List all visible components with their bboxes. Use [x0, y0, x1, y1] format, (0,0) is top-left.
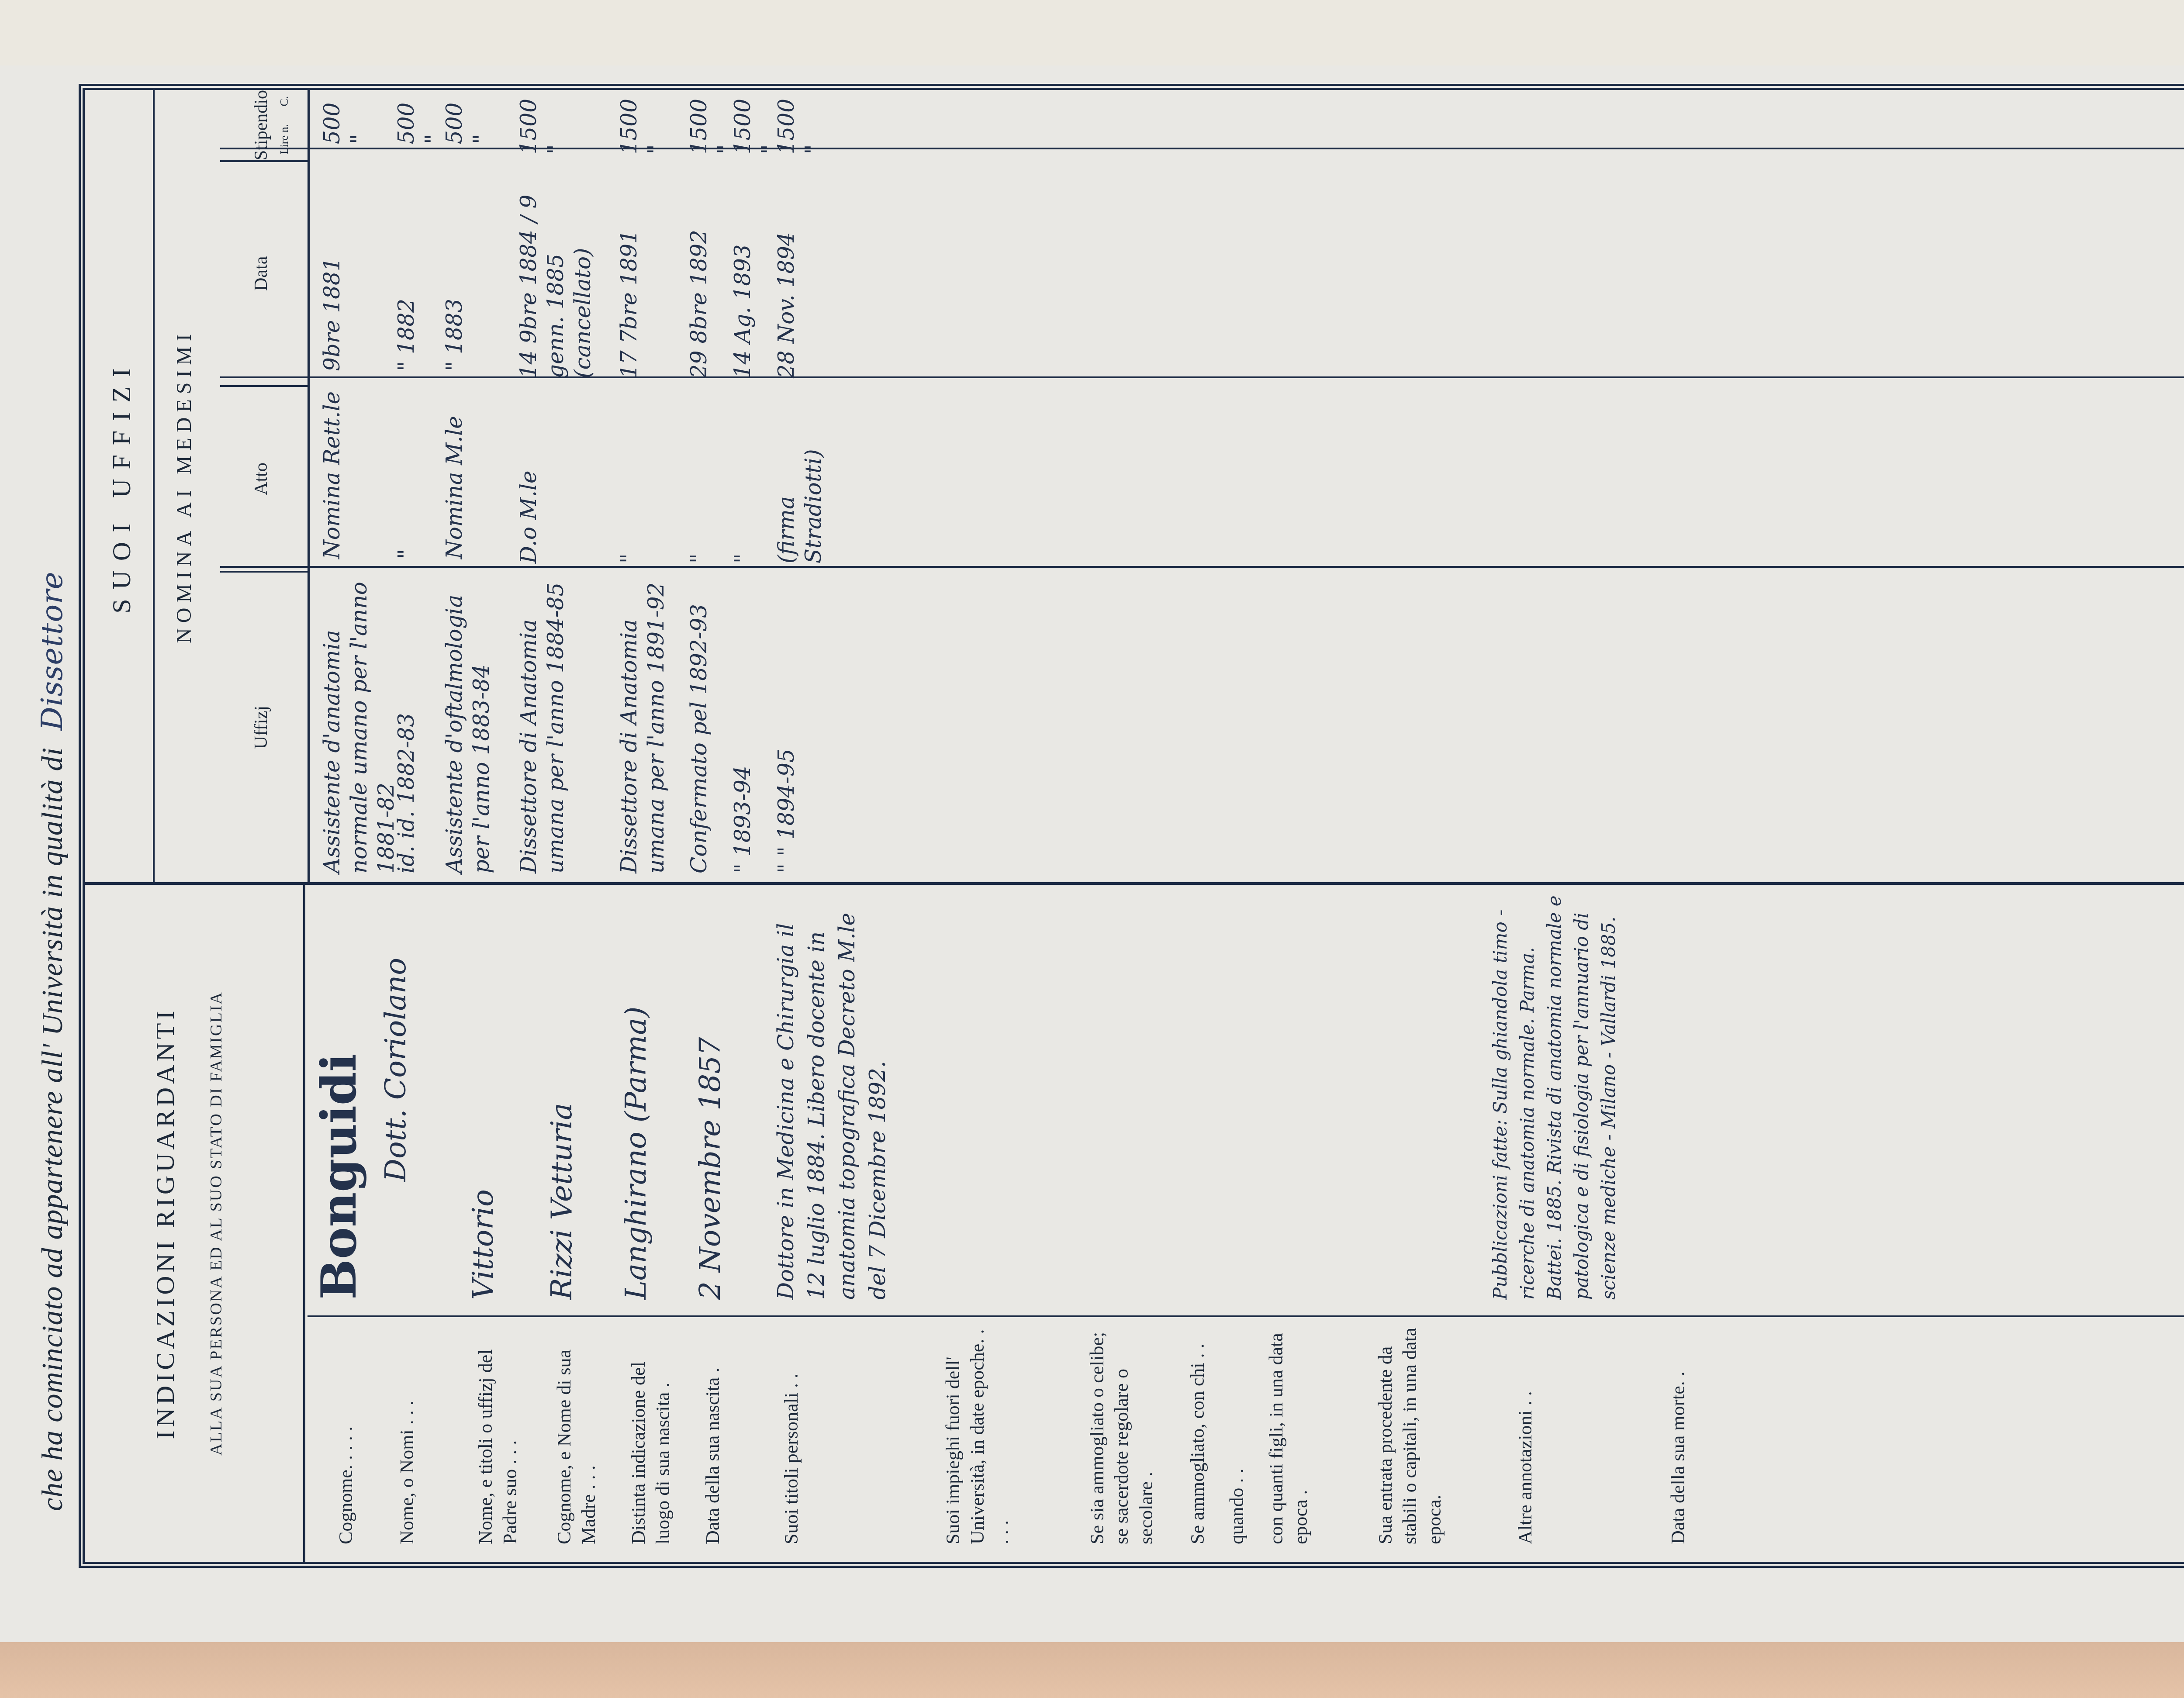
offices-rows: Assistente d'anatomia normale umano per … [310, 90, 2184, 882]
field-values: Bonguidi Dott. Coriolano Vittorio Rizzi … [308, 889, 2184, 1313]
value-data-nascita: 2 Novembre 1857 [692, 894, 729, 1300]
label-entrata: Sua entrata procedente da stabili o capi… [1373, 1326, 1447, 1544]
cell-uffizj: id. id. 1882-83 [393, 568, 447, 882]
cell-atto: Nomina Rett.le [318, 380, 400, 568]
label-con-chi: Se ammogliato, con chi . . [1185, 1326, 1210, 1544]
label-data-nascita: Data della sua nascita . [701, 1326, 725, 1544]
cell-stipendio: 1500 " [615, 90, 670, 163]
cell-stipendio: 1500 " [515, 90, 596, 163]
cell-uffizj: Dissettore di Anatomia umana per l'anno … [515, 572, 596, 882]
cell-data: 9bre 1881 [318, 153, 400, 380]
cell-atto: " [615, 387, 670, 572]
col-uffizj: Uffizj [220, 571, 308, 882]
cell-data: 28 Nov. 1894 [773, 163, 827, 387]
table-row: Assistente d'oftalmologia per l'anno 188… [441, 90, 495, 882]
label-cognome: Cognome. . . . . [334, 1326, 358, 1544]
value-nome: Dott. Coriolano [377, 894, 414, 1182]
offices-title: SUOI UFFIZI [85, 90, 155, 882]
cell-uffizj: Assistente d'anatomia normale umano per … [318, 568, 400, 882]
value-madre: Rizzi Vetturia [543, 894, 580, 1300]
cell-atto: (firma Stradiotti) [773, 387, 827, 572]
register-frame: INDICAZIONI RIGUARDANTI ALLA SUA PERSONA… [79, 84, 2184, 1568]
label-figli: con quanti figli, in una data epoca . [1264, 1326, 1313, 1544]
cell-stipendio: 500 " [441, 90, 495, 153]
label-madre: Cognome, e Nome di sua Madre . . . [552, 1326, 601, 1544]
value-cognome: Bonguidi [321, 894, 357, 1300]
label-padre: Nome, e titoli o uffizj del Padre suo . … [473, 1326, 522, 1544]
label-nome: Nome, o Nomi . . . [395, 1326, 419, 1544]
centesimi-subheader: C. [278, 96, 290, 107]
personal-section: INDICAZIONI RIGUARDANTI ALLA SUA PERSONA… [85, 882, 2184, 1562]
table-row: " " 1894-95(firma Stradiotti)28 Nov. 189… [773, 90, 827, 882]
label-annotazioni: Altre annotazioni . . [1513, 1326, 1538, 1544]
label-luogo-nascita: Distinta indicazione del luogo di sua na… [626, 1326, 675, 1544]
cell-data: " 1883 [441, 153, 495, 380]
cell-uffizj: " " 1894-95 [773, 572, 827, 882]
lire-subheader: Lire n. [278, 124, 290, 154]
col-data: Data [220, 160, 308, 385]
caption-handwritten-role: Dissettore [35, 571, 69, 731]
cell-atto: " [393, 380, 447, 568]
cell-atto: Nomina M.le [441, 380, 495, 568]
cell-stipendio: 1500 " [773, 90, 827, 163]
cell-data: 14 9bre 1884 / 9 genn. 1885 (cancellato) [515, 163, 596, 387]
value-luogo-nascita: Langhirano (Parma) [618, 894, 654, 1300]
personal-header: INDICAZIONI RIGUARDANTI ALLA SUA PERSONA… [85, 885, 305, 1562]
offices-section: SUOI UFFIZI NOMINA AI MEDESIMI Uffizj At… [85, 90, 2184, 882]
value-titoli: Dottore in Medicina e Chirurgia il 12 lu… [771, 894, 893, 1300]
field-labels: Cognome. . . . . Nome, o Nomi . . . Nome… [308, 1315, 2184, 1562]
cell-atto: D.o M.le [515, 387, 596, 572]
table-row: id. id. 1882-83"" 1882500 " [393, 90, 447, 882]
facing-page [0, 0, 2184, 71]
caption-text: che ha cominciato ad appartenere all' Un… [35, 747, 69, 1511]
label-morte: Data della sua morte. . [1666, 1326, 1690, 1544]
table-row: Dissettore di Anatomia umana per l'anno … [515, 90, 596, 882]
offices-column-headers: Uffizj Atto Data Stipendio Lire n. C. [220, 90, 310, 882]
page-caption: che ha cominciato ad appartenere all' Un… [35, 571, 69, 1511]
table-row: Dissettore di Anatomia umana per l'anno … [615, 90, 670, 882]
page-edge [0, 1642, 2184, 1698]
cell-stipendio: 500 " [318, 90, 400, 153]
value-padre: Vittorio [465, 894, 501, 1300]
cell-data: 17 7bre 1891 [615, 163, 670, 387]
table-row: Assistente d'anatomia normale umano per … [318, 90, 400, 882]
personal-subtitle: ALLA SUA PERSONA ED AL SUO STATO DI FAMI… [207, 885, 226, 1562]
label-stato-civile: Se sia ammogliato o celibe; se sacerdote… [1085, 1326, 1158, 1544]
label-quando: quando . . [1225, 1326, 1249, 1544]
personal-title: INDICAZIONI RIGUARDANTI [150, 885, 180, 1562]
value-annotazioni: Pubblicazioni fatte: Sulla ghiandola tim… [1487, 894, 1622, 1300]
label-impieghi: Suoi impieghi fuori dell' Università, in… [941, 1326, 1014, 1544]
col-stipendio: Stipendio Lire n. C. [220, 90, 308, 160]
cell-uffizj: Assistente d'oftalmologia per l'anno 188… [441, 568, 495, 882]
register-sheet: che ha cominciato ad appartenere all' Un… [0, 66, 2184, 1642]
col-stipendio-label: Stipendio [251, 90, 271, 160]
nomina-title: NOMINA AI MEDESIMI [155, 90, 220, 882]
col-atto: Atto [220, 385, 308, 571]
label-titoli: Suoi titoli personali . . [779, 1326, 804, 1544]
cell-stipendio: 500 " [393, 90, 447, 153]
cell-data: " 1882 [393, 153, 447, 380]
cell-uffizj: Dissettore di Anatomia umana per l'anno … [615, 572, 670, 882]
